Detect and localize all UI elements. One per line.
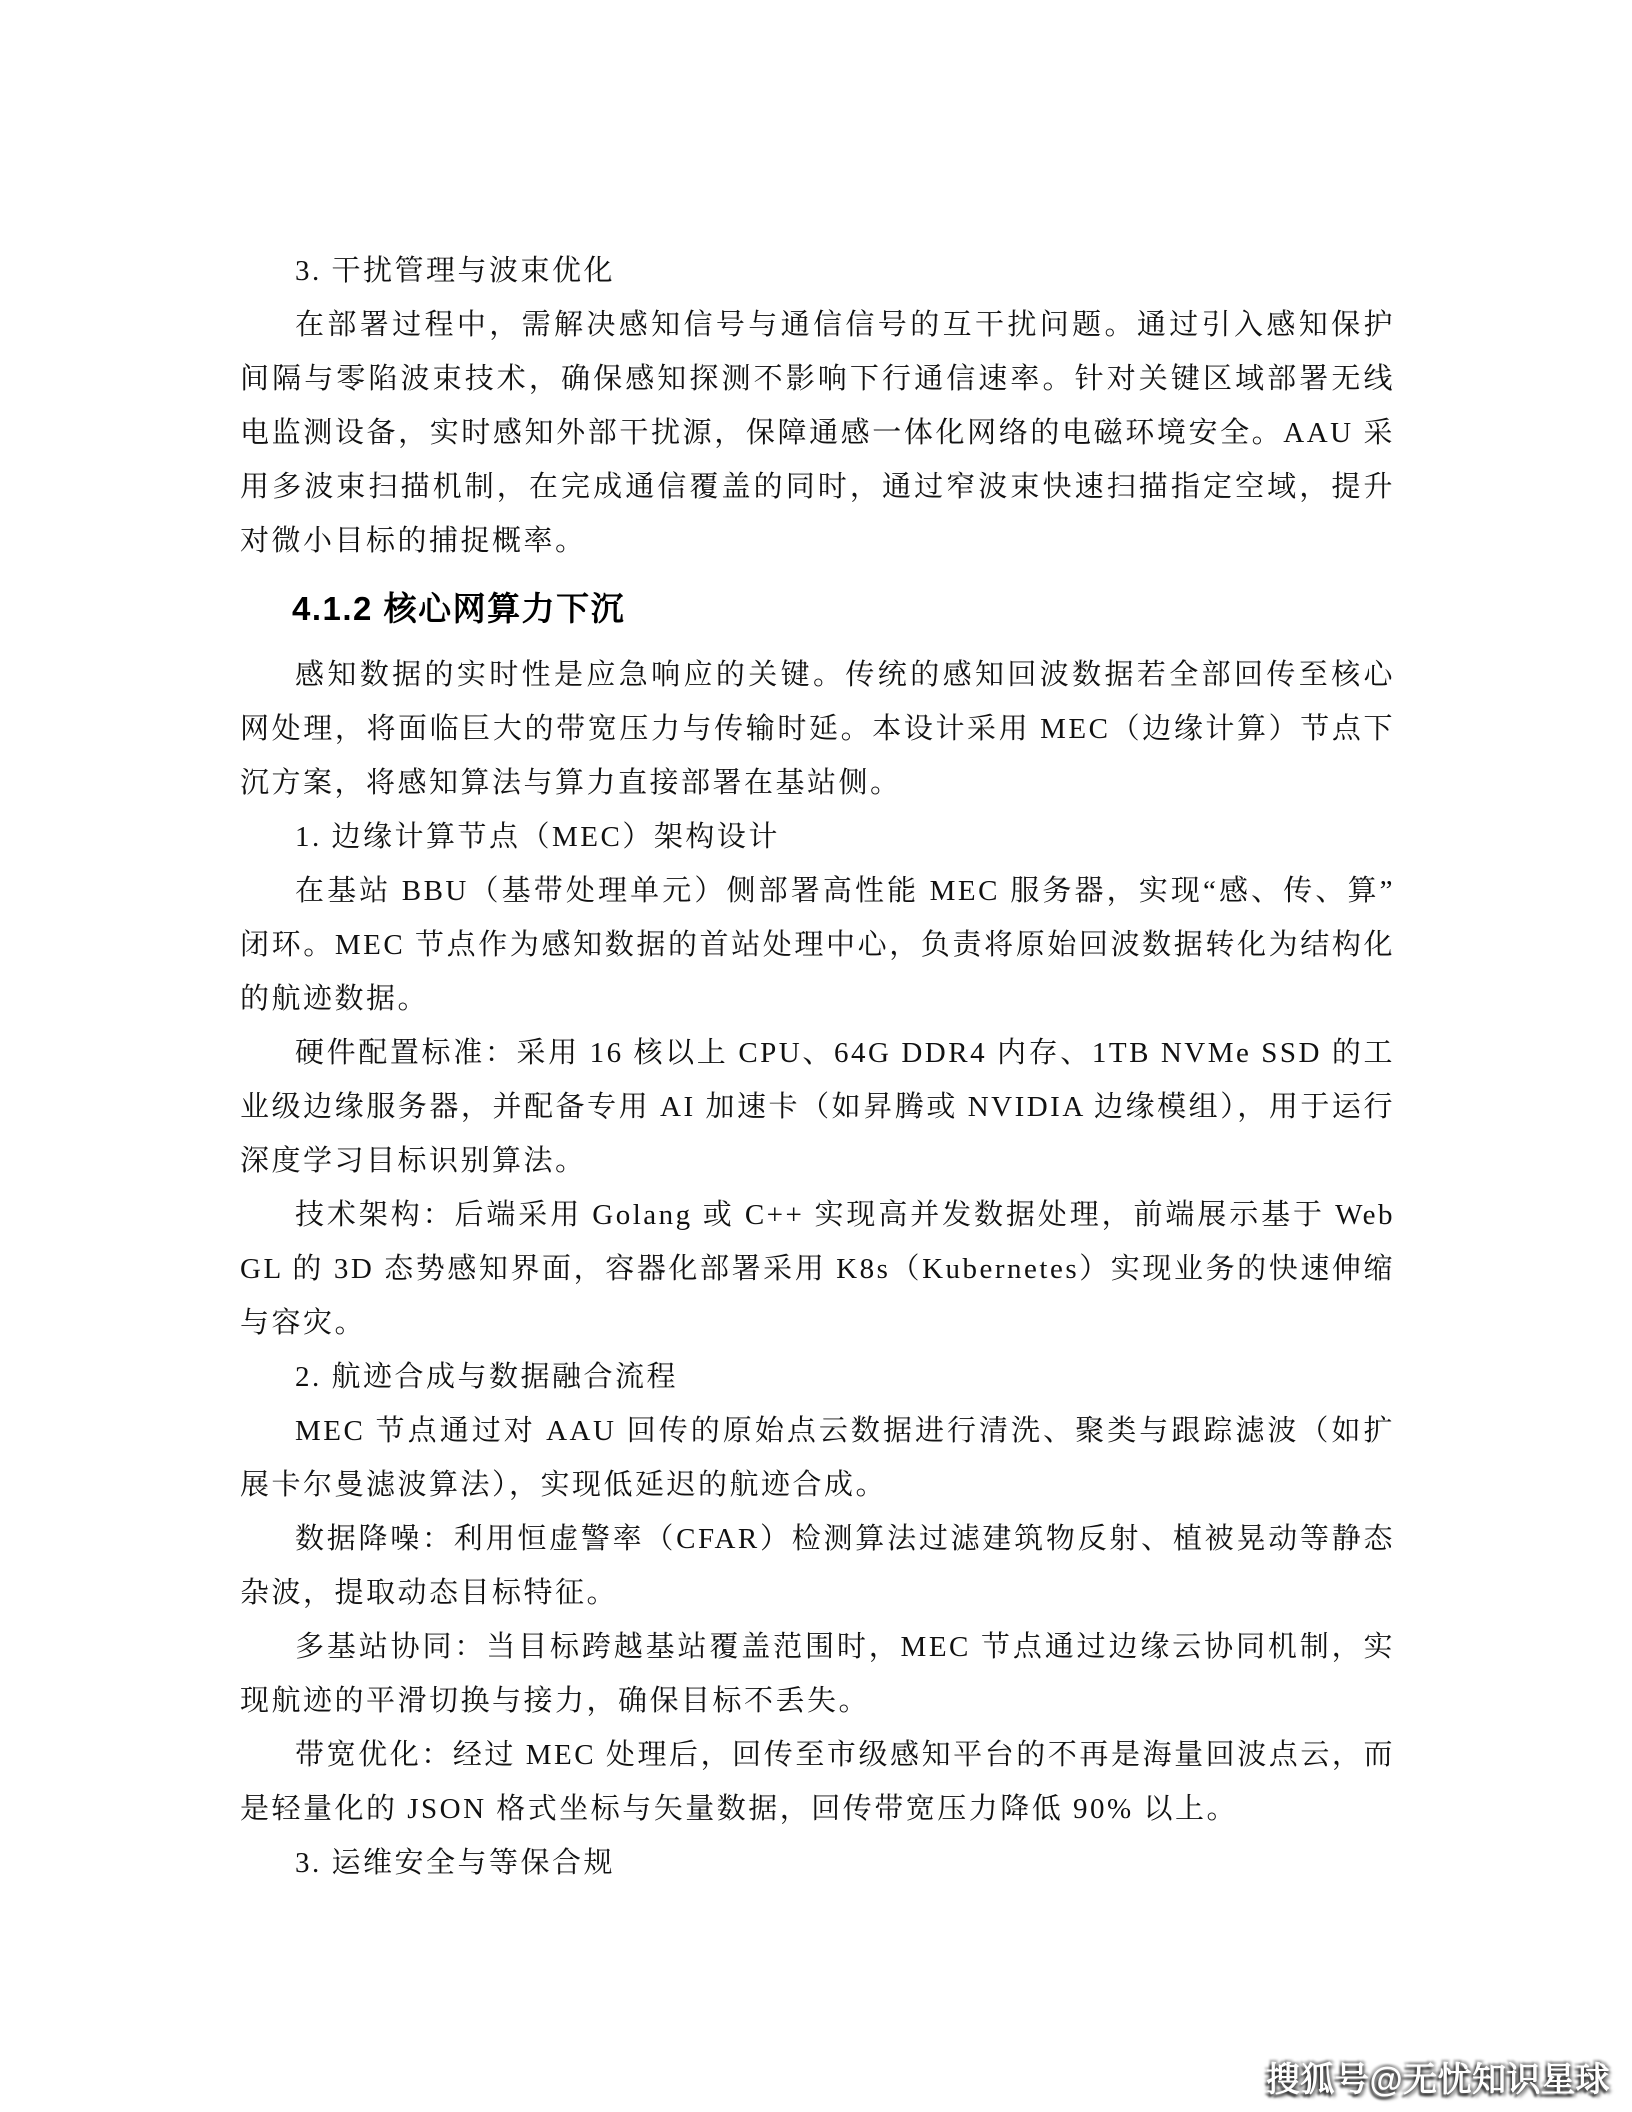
paragraph-tech-architecture: 技术架构：后端采用 Golang 或 C++ 实现高并发数据处理，前端展示基于 … [240, 1188, 1395, 1350]
numbered-item-interference-management: 3. 干扰管理与波束优化 [240, 244, 1395, 298]
paragraph-mec-intro: 感知数据的实时性是应急响应的关键。传统的感知回波数据若全部回传至核心网处理，将面… [240, 648, 1395, 810]
paragraph-data-denoise: 数据降噪：利用恒虚警率（CFAR）检测算法过滤建筑物反射、植被晃动等静态杂波，提… [240, 1512, 1395, 1620]
paragraph-bbu-deployment: 在基站 BBU（基带处理单元）侧部署高性能 MEC 服务器，实现“感、传、算”闭… [240, 864, 1395, 1026]
paragraph-hardware-config: 硬件配置标准：采用 16 核以上 CPU、64G DDR4 内存、1TB NVM… [240, 1026, 1395, 1188]
watermark: 搜狐号@无忧知识星球 [1266, 2052, 1610, 2101]
paragraph-multi-basestation: 多基站协同：当目标跨越基站覆盖范围时，MEC 节点通过边缘云协同机制，实现航迹的… [240, 1620, 1395, 1728]
paragraph-bandwidth-optimize: 带宽优化：经过 MEC 处理后，回传至市级感知平台的不再是海量回波点云，而是轻量… [240, 1728, 1395, 1836]
numbered-item-ops-security: 3. 运维安全与等保合规 [240, 1836, 1395, 1890]
numbered-item-mec-architecture: 1. 边缘计算节点（MEC）架构设计 [240, 810, 1395, 864]
section-heading-4-1-2: 4.1.2 核心网算力下沉 [240, 582, 1395, 636]
document-page: 3. 干扰管理与波束优化 在部署过程中，需解决感知信号与通信信号的互干扰问题。通… [0, 0, 1632, 2112]
paragraph-mec-pointcloud: MEC 节点通过对 AAU 回传的原始点云数据进行清洗、聚类与跟踪滤波（如扩展卡… [240, 1404, 1395, 1512]
numbered-item-track-synthesis: 2. 航迹合成与数据融合流程 [240, 1350, 1395, 1404]
paragraph-interference-detail: 在部署过程中，需解决感知信号与通信信号的互干扰问题。通过引入感知保护间隔与零陷波… [240, 298, 1395, 568]
